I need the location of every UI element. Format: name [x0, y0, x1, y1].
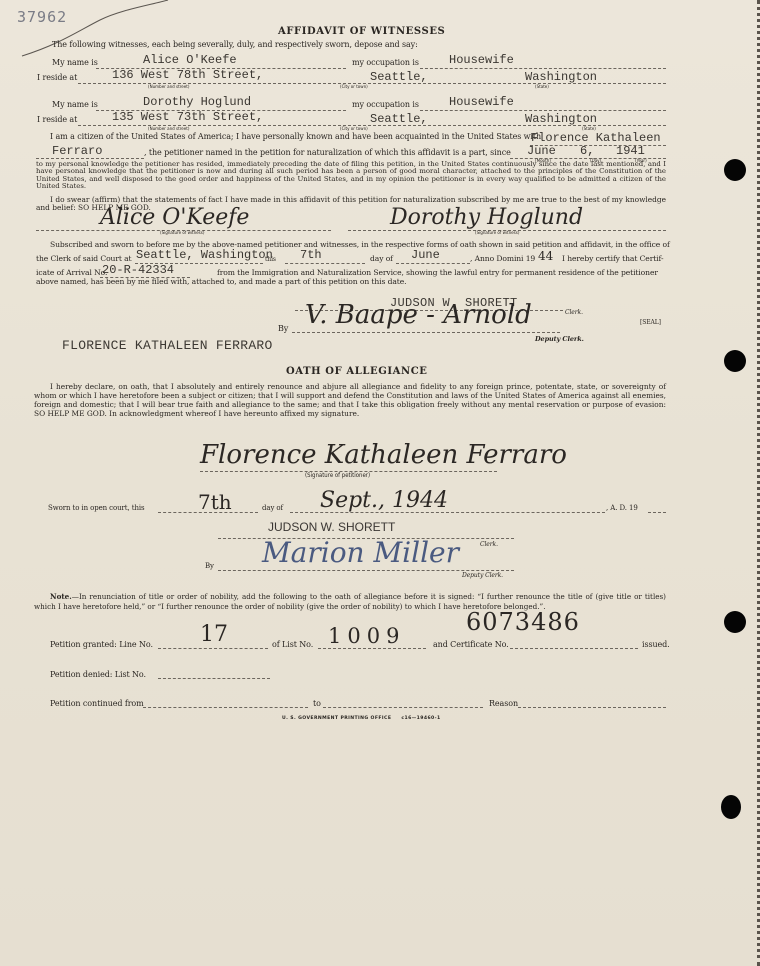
document-page: 37962 AFFIDAVIT OF WITNESSES The followi… [0, 0, 760, 966]
street-caption: (Number and street) [148, 85, 189, 90]
deputy-clerk-signature: V. Baape - Arnold [305, 300, 532, 330]
petitioner-name-line [36, 158, 144, 159]
reason-line [518, 707, 666, 708]
certify-statement: I hereby certify that Certif- [562, 254, 663, 263]
deputy-clerk-caption: Deputy Clerk. [535, 335, 584, 343]
list-number: 1009 [328, 624, 405, 648]
petition-denied-label: Petition denied: List No. [50, 670, 146, 679]
petition-granted-label: Petition granted: Line No. [50, 640, 153, 649]
from-ins-statement: from the Immigration and Naturalization … [217, 268, 658, 277]
oath-deputy-caption: Deputy Clerk. [462, 572, 503, 579]
witness1-signature: Alice O'Keefe [100, 205, 249, 230]
punch-hole [724, 350, 746, 372]
court-month-line [396, 263, 470, 264]
petitioner-statement: , the petitioner named in the petition f… [144, 148, 511, 157]
anno-domini-label: , Anno Domini 19 [470, 254, 535, 263]
court-day: 7th [300, 248, 322, 262]
this-label: this [265, 256, 276, 263]
printing-office-imprint: U. S. GOVERNMENT PRINTING OFFICE c16—194… [282, 716, 441, 721]
witness1-name: Alice O'Keefe [143, 53, 237, 67]
sworn-date: Sept., 1944 [320, 488, 448, 513]
oath-clerk-name-stamp: JUDSON W. SHORETT [268, 520, 395, 534]
affidavit-title: AFFIDAVIT OF WITNESSES [278, 26, 445, 37]
oath-text: I hereby declare, on oath, that I absolu… [34, 382, 666, 418]
witness1-city: Seattle, [370, 70, 428, 84]
clerk-court-label: the Clerk of said Court at [36, 254, 132, 263]
line-no-line [158, 648, 268, 649]
deputy-line [292, 332, 560, 333]
certificate-arrival-label: icate of Arrival No. [36, 268, 107, 277]
issued-label: issued. [642, 640, 670, 649]
signature-caption: (Signature of witness) [475, 231, 519, 236]
punch-hole [724, 159, 746, 181]
witness2-state: Washington [525, 112, 597, 126]
oath-clerk-caption: Clerk. [480, 541, 498, 548]
witness1-occupation-label: my occupation is [352, 58, 419, 67]
witness1-street: 136 West 78th Street, [112, 68, 263, 82]
petitioner-name-part2: Ferraro [52, 144, 102, 158]
occupation-line [420, 68, 666, 69]
reason-label: Reason [489, 699, 518, 708]
knowledge-paragraph: to my personal knowledge the petitioner … [36, 161, 666, 191]
oath-title: OATH OF ALLEGIANCE [286, 366, 428, 377]
occupation-line [420, 110, 666, 111]
citizen-statement: I am a citizen of the United States of A… [50, 132, 541, 141]
denied-list-line [158, 678, 270, 679]
witness1-occupation: Housewife [449, 53, 514, 67]
affidavit-intro: The following witnesses, each being seve… [52, 40, 418, 49]
witness2-name: Dorothy Hoglund [143, 95, 251, 109]
petitioner-full-name: FLORENCE KATHALEEN FERRARO [62, 338, 273, 353]
pen-stroke-mark [20, 0, 170, 58]
witness2-reside-label: I reside at [37, 115, 77, 124]
signature-caption: (Signature of witness) [160, 231, 204, 236]
punch-hole [721, 795, 741, 819]
oath-by-label: By [205, 562, 214, 570]
court-location: Seattle, Washington [136, 248, 273, 262]
witness2-name-label: My name is [52, 100, 98, 109]
clerk-caption: Clerk. [565, 309, 583, 316]
witness1-name-label: My name is [52, 58, 98, 67]
day-of-label: day of [370, 254, 393, 263]
petition-continued-label: Petition continued from [50, 699, 144, 708]
oath-deputy-line [218, 570, 514, 571]
city-caption: (City or town) [340, 85, 368, 90]
state-caption: (State) [535, 85, 549, 90]
to-label: to [313, 699, 321, 708]
witness2-street: 135 West 73th Street, [112, 110, 263, 124]
certificate-number: 6073486 [466, 608, 580, 636]
certificate-no-line [510, 648, 638, 649]
certificate-no-label: and Certificate No. [433, 640, 509, 649]
court-day-line [285, 263, 365, 264]
arrival-number: 20-R-42334 [102, 263, 174, 277]
witness2-occupation-label: my occupation is [352, 100, 419, 109]
witness1-reside-label: I reside at [37, 73, 77, 82]
court-year: 44 [538, 249, 553, 263]
line-number: 17 [200, 622, 228, 647]
list-no-line [318, 648, 426, 649]
witness1-state: Washington [525, 70, 597, 84]
since-year: 1941 [616, 144, 645, 158]
petitioner-signature: Florence Kathaleen Ferraro [200, 440, 567, 470]
petitioner-signature-caption: (Signature of petitioner) [305, 472, 370, 479]
ad-label: , A. D. 19 [606, 504, 638, 512]
witness2-signature: Dorothy Hoglund [390, 205, 583, 230]
continued-from-line [143, 707, 308, 708]
sworn-day: 7th [198, 490, 232, 514]
sworn-day-of-label: day of [262, 504, 283, 512]
oath-deputy-signature: Marion Miller [262, 536, 459, 569]
ad-year-line [648, 512, 666, 513]
punch-hole [724, 611, 746, 633]
court-month: June [411, 248, 440, 262]
by-label: By [278, 324, 288, 333]
witness2-occupation: Housewife [449, 95, 514, 109]
since-day: 6, [580, 144, 594, 158]
witness2-city: Seattle, [370, 112, 428, 126]
continued-to-line [323, 707, 483, 708]
note-label: Note. [50, 592, 72, 601]
seal-label: [SEAL] [640, 319, 661, 326]
list-no-label: of List No. [272, 640, 313, 649]
sworn-label: Sworn to in open court, this [48, 504, 144, 512]
since-month: June [527, 144, 556, 158]
filed-statement: above named, has been by me filed with, … [36, 277, 406, 286]
petitioner-name-part1: Florence Kathaleen [531, 131, 661, 145]
